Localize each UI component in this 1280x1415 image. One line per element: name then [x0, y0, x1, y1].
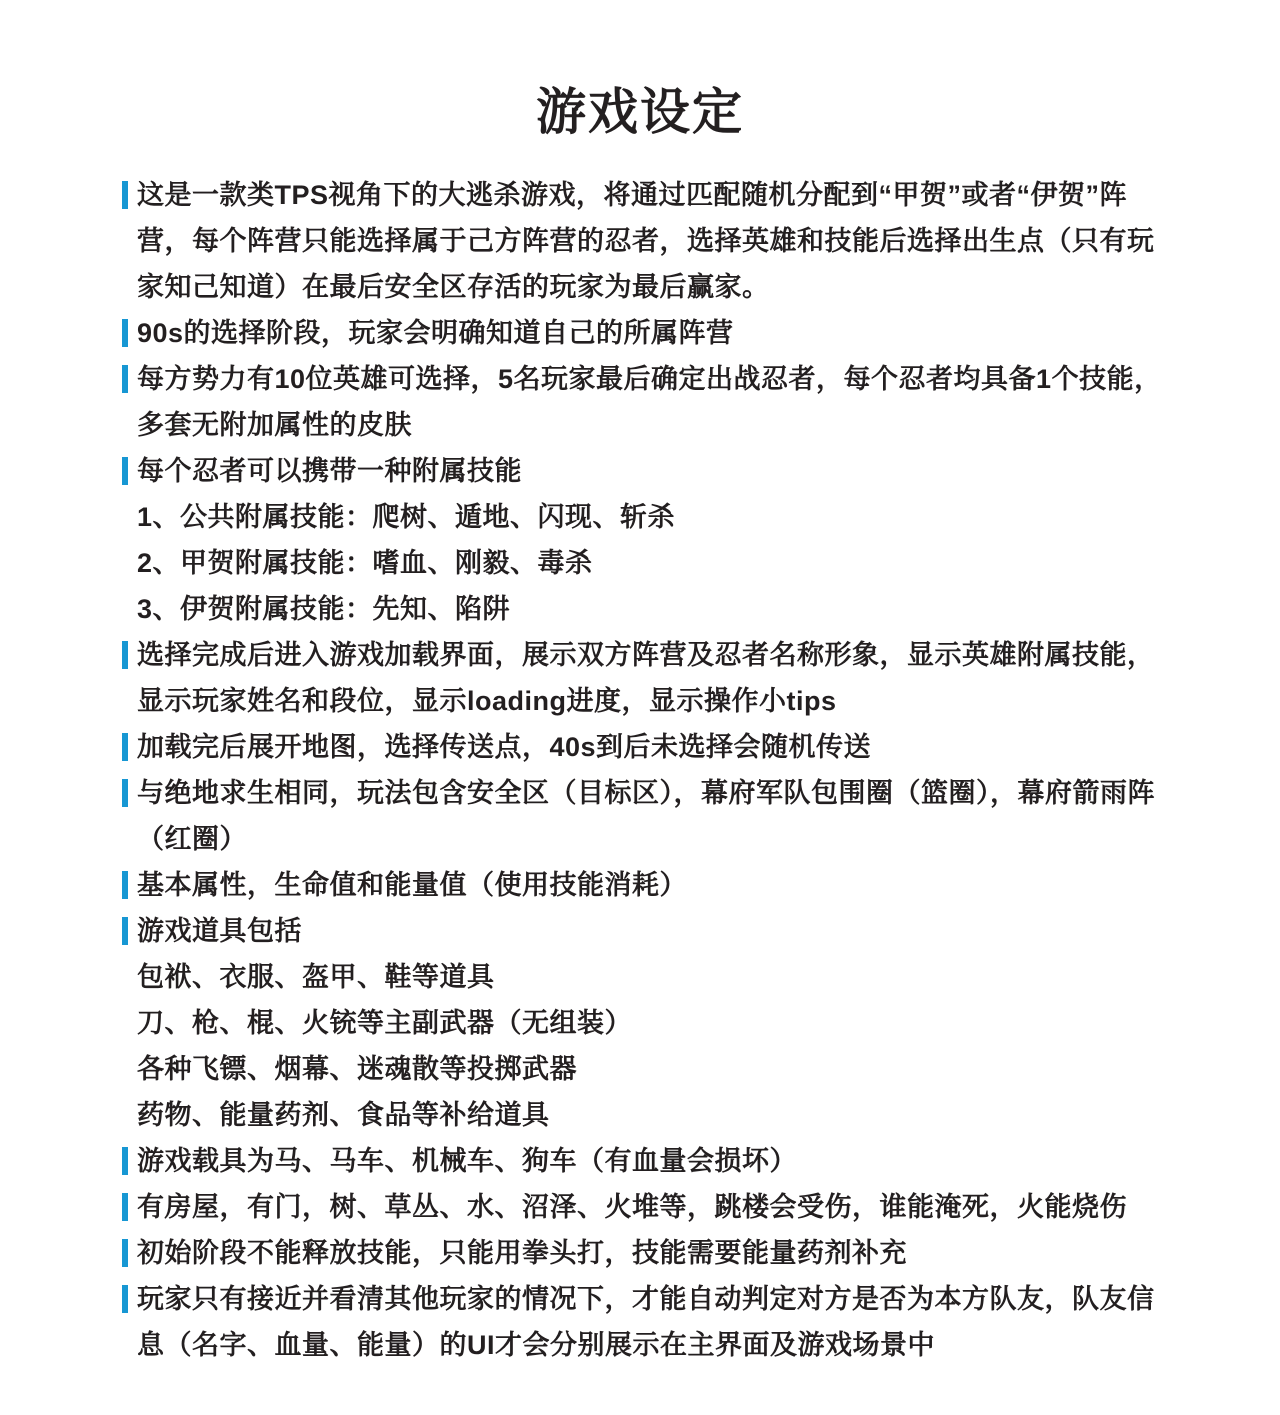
- bullet-item: 游戏载具为马、马车、机械车、狗车（有血量会损坏）: [137, 1138, 1170, 1184]
- bullet-item: 加载完后展开地图，选择传送点，40s到后未选择会随机传送: [137, 724, 1170, 770]
- item-text: 3、伊贺附属技能：先知、陷阱: [137, 594, 510, 624]
- item-text: 选择完成后进入游戏加载界面，展示双方阵营及忍者名称形象，显示英雄附属技能，显示玩…: [137, 640, 1155, 716]
- bullet-marker-icon: [122, 1193, 128, 1221]
- bullet-marker-icon: [122, 365, 128, 393]
- bullet-marker-icon: [122, 733, 128, 761]
- bullet-item: 这是一款类TPS视角下的大逃杀游戏，将通过匹配随机分配到“甲贺”或者“伊贺”阵营…: [137, 172, 1170, 310]
- item-text: 每个忍者可以携带一种附属技能: [137, 456, 522, 486]
- item-text: 包袱、衣服、盔甲、鞋等道具: [137, 962, 495, 992]
- bullet-item: 选择完成后进入游戏加载界面，展示双方阵营及忍者名称形象，显示英雄附属技能，显示玩…: [137, 632, 1170, 724]
- item-text: 基本属性，生命值和能量值（使用技能消耗）: [137, 870, 687, 900]
- item-text: 90s的选择阶段，玩家会明确知道自己的所属阵营: [137, 318, 734, 348]
- bullet-marker-icon: [122, 917, 128, 945]
- sub-item: 药物、能量药剂、食品等补给道具: [137, 1092, 1170, 1138]
- page-title: 游戏设定: [0, 0, 1280, 142]
- sub-item: 3、伊贺附属技能：先知、陷阱: [137, 586, 1170, 632]
- bullet-item: 游戏道具包括: [137, 908, 1170, 954]
- item-text: 有房屋，有门，树、草丛、水、沼泽、火堆等，跳楼会受伤，谁能淹死，火能烧伤: [137, 1192, 1127, 1222]
- bullet-marker-icon: [122, 871, 128, 899]
- sub-item: 2、甲贺附属技能：嗜血、刚毅、毒杀: [137, 540, 1170, 586]
- bullet-item: 90s的选择阶段，玩家会明确知道自己的所属阵营: [137, 310, 1170, 356]
- bullet-item: 每个忍者可以携带一种附属技能: [137, 448, 1170, 494]
- bullet-marker-icon: [122, 181, 128, 209]
- bullet-item: 初始阶段不能释放技能，只能用拳头打，技能需要能量药剂补充: [137, 1230, 1170, 1276]
- bullet-marker-icon: [122, 1147, 128, 1175]
- item-text: 刀、枪、棍、火铳等主副武器（无组装）: [137, 1008, 632, 1038]
- settings-list: 这是一款类TPS视角下的大逃杀游戏，将通过匹配随机分配到“甲贺”或者“伊贺”阵营…: [0, 172, 1280, 1368]
- bullet-marker-icon: [122, 641, 128, 669]
- item-text: 玩家只有接近并看清其他玩家的情况下，才能自动判定对方是否为本方队友，队友信息（名…: [137, 1284, 1155, 1360]
- sub-item: 1、公共附属技能：爬树、遁地、闪现、斩杀: [137, 494, 1170, 540]
- bullet-item: 有房屋，有门，树、草丛、水、沼泽、火堆等，跳楼会受伤，谁能淹死，火能烧伤: [137, 1184, 1170, 1230]
- item-text: 这是一款类TPS视角下的大逃杀游戏，将通过匹配随机分配到“甲贺”或者“伊贺”阵营…: [137, 180, 1155, 302]
- item-text: 各种飞镖、烟幕、迷魂散等投掷武器: [137, 1054, 577, 1084]
- item-text: 2、甲贺附属技能：嗜血、刚毅、毒杀: [137, 548, 593, 578]
- bullet-item: 玩家只有接近并看清其他玩家的情况下，才能自动判定对方是否为本方队友，队友信息（名…: [137, 1276, 1170, 1368]
- item-text: 1、公共附属技能：爬树、遁地、闪现、斩杀: [137, 502, 675, 532]
- bullet-marker-icon: [122, 457, 128, 485]
- item-text: 初始阶段不能释放技能，只能用拳头打，技能需要能量药剂补充: [137, 1238, 907, 1268]
- bullet-marker-icon: [122, 1285, 128, 1313]
- item-text: 每方势力有10位英雄可选择，5名玩家最后确定出战忍者，每个忍者均具备1个技能，多…: [137, 364, 1162, 440]
- bullet-marker-icon: [122, 779, 128, 807]
- item-text: 药物、能量药剂、食品等补给道具: [137, 1100, 550, 1130]
- item-text: 与绝地求生相同，玩法包含安全区（目标区），幕府军队包围圈（篮圈），幕府箭雨阵（红…: [137, 778, 1155, 854]
- sub-item: 包袱、衣服、盔甲、鞋等道具: [137, 954, 1170, 1000]
- bullet-item: 每方势力有10位英雄可选择，5名玩家最后确定出战忍者，每个忍者均具备1个技能，多…: [137, 356, 1170, 448]
- bullet-item: 与绝地求生相同，玩法包含安全区（目标区），幕府军队包围圈（篮圈），幕府箭雨阵（红…: [137, 770, 1170, 862]
- sub-item: 刀、枪、棍、火铳等主副武器（无组装）: [137, 1000, 1170, 1046]
- item-text: 加载完后展开地图，选择传送点，40s到后未选择会随机传送: [137, 732, 871, 762]
- item-text: 游戏道具包括: [137, 916, 302, 946]
- bullet-marker-icon: [122, 1239, 128, 1267]
- bullet-marker-icon: [122, 319, 128, 347]
- document-page: 游戏设定 这是一款类TPS视角下的大逃杀游戏，将通过匹配随机分配到“甲贺”或者“…: [0, 0, 1280, 1415]
- sub-item: 各种飞镖、烟幕、迷魂散等投掷武器: [137, 1046, 1170, 1092]
- bullet-item: 基本属性，生命值和能量值（使用技能消耗）: [137, 862, 1170, 908]
- item-text: 游戏载具为马、马车、机械车、狗车（有血量会损坏）: [137, 1146, 797, 1176]
